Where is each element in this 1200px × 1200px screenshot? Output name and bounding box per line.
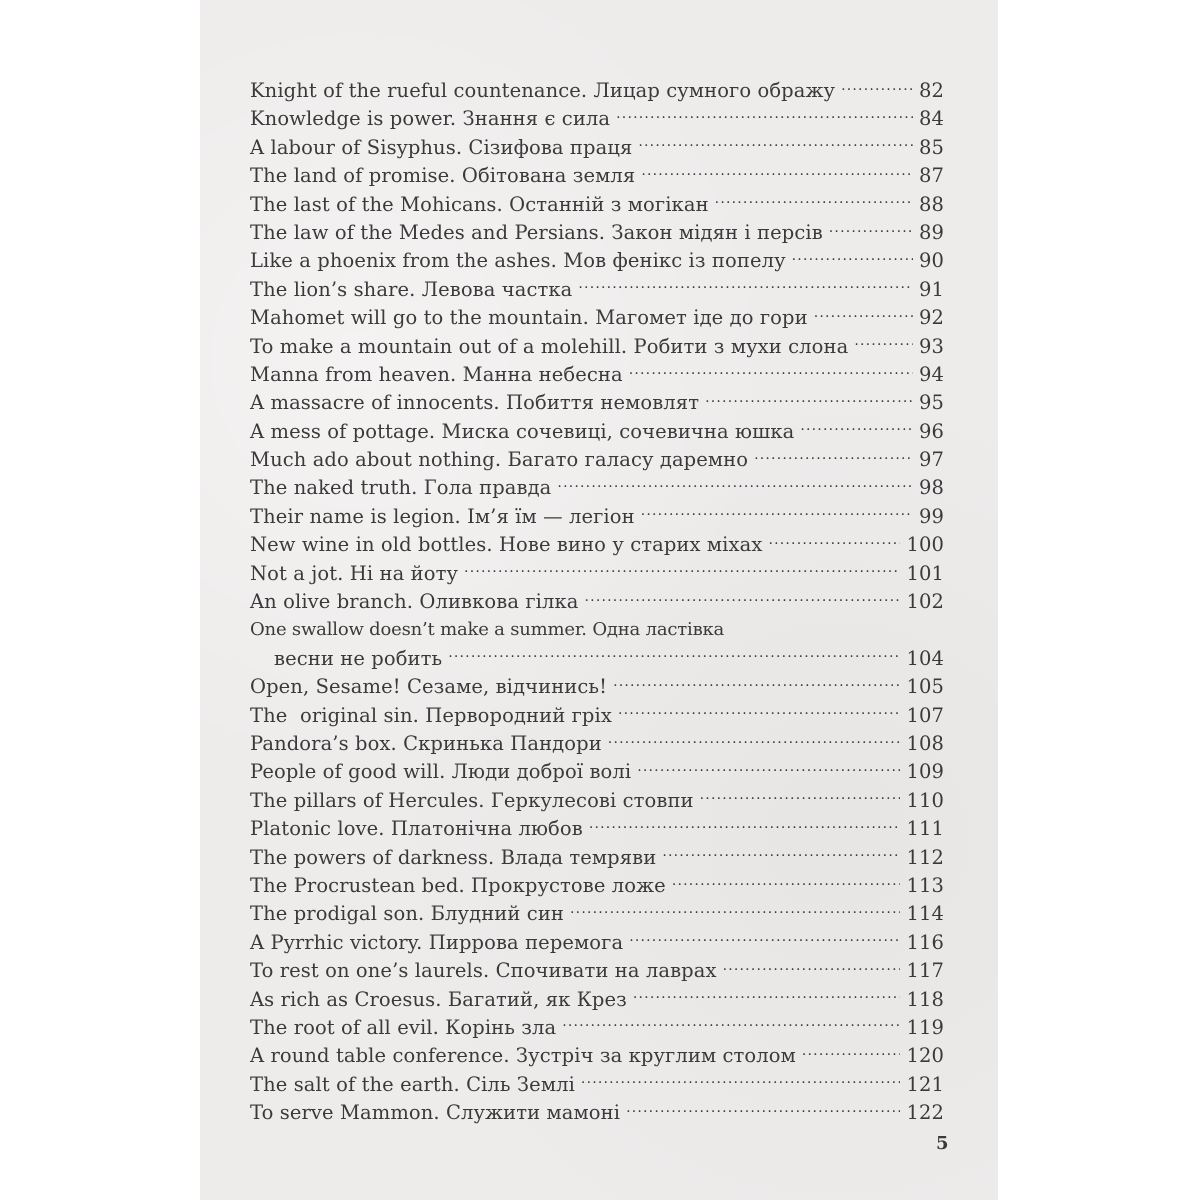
dot-leader [841, 78, 913, 98]
toc-entry-wrapped-title: One swallow doesn’t make a summer. Одна … [250, 616, 944, 644]
toc-entry-page: 117 [906, 957, 944, 985]
dot-leader [629, 361, 913, 381]
toc-entry-title: Much ado about nothing. Багато галасу да… [250, 446, 748, 474]
toc-entry: The powers of darkness. Влада темряви 11… [250, 844, 944, 872]
toc-entry-page: 110 [906, 787, 944, 815]
dot-leader [581, 1071, 901, 1091]
toc-entry: To serve Mammon. Служити мамоні 122 [250, 1099, 944, 1127]
dot-leader [618, 702, 901, 722]
toc-entry-title: A Pyrrhic victory. Пиррова перемога [250, 929, 623, 957]
dot-leader [629, 929, 900, 949]
toc-entry: As rich as Croesus. Багатий, як Крез 118 [250, 986, 944, 1014]
dot-leader [814, 305, 913, 325]
toc-entry-page: 94 [919, 361, 944, 389]
dot-leader [570, 901, 900, 921]
toc-entry-title: The original sin. Первородний гріх [250, 702, 612, 730]
toc-entry-page: 99 [919, 503, 944, 531]
toc-entry-title: Knight of the rueful countenance. Лицар … [250, 77, 835, 105]
toc-entry: The salt of the earth. Сіль Землі 121 [250, 1071, 944, 1099]
toc-entry-page: 111 [906, 815, 944, 843]
toc-entry: To make a mountain out of a molehill. Ро… [250, 333, 944, 361]
toc-entry-title: Their name is legion. Ім’я їм — легіон [250, 503, 635, 531]
dot-leader [578, 276, 913, 296]
toc-entry-title: Platonic love. Платонічна любов [250, 815, 583, 843]
page-number: 5 [936, 1133, 949, 1154]
dot-leader [768, 532, 900, 552]
toc-entry-page: 120 [906, 1042, 944, 1070]
toc-entry-title: The root of all evil. Корінь зла [250, 1014, 556, 1042]
toc-entry: The Procrustean bed. Прокрустове ложе 11… [250, 872, 944, 900]
dot-leader [792, 248, 913, 268]
toc-entry-title: The naked truth. Гола правда [250, 474, 551, 502]
dot-leader [585, 589, 901, 609]
toc-entry-page: 114 [906, 900, 944, 928]
toc-entry: A mess of pottage. Миска сочевиці, сочев… [250, 418, 944, 446]
toc-entry-title: The powers of darkness. Влада темряви [250, 844, 656, 872]
toc-entry: Pandora’s box. Скринька Пандори 108 [250, 730, 944, 758]
toc-entry-page: 98 [919, 474, 944, 502]
toc-entry: Platonic love. Платонічна любов 111 [250, 815, 944, 843]
toc-entry: The root of all evil. Корінь зла 119 [250, 1014, 944, 1042]
toc-entry-page: 100 [906, 531, 944, 559]
toc-entry-page: 89 [919, 219, 944, 247]
toc-entry-page: 102 [906, 588, 944, 616]
dot-leader [562, 1014, 900, 1034]
toc-entry-title: Like a phoenix from the ashes. Мов фенік… [250, 247, 786, 275]
toc-entry-page: 85 [919, 134, 944, 162]
toc-entry-page: 107 [906, 702, 944, 730]
dot-leader [557, 475, 913, 495]
toc-entry-title: Not a jot. Ні на йоту [250, 560, 458, 588]
toc-entry: The original sin. Первородний гріх 107 [250, 702, 944, 730]
dot-leader [662, 844, 900, 864]
dot-leader [633, 986, 901, 1006]
toc-entry: People of good will. Люди доброї волі 10… [250, 758, 944, 786]
toc-entry: The pillars of Hercules. Геркулесові сто… [250, 787, 944, 815]
toc-entry-title: Knowledge is power. Знання є сила [250, 105, 610, 133]
toc-entry-title: Pandora’s box. Скринька Пандори [250, 730, 602, 758]
dot-leader [638, 134, 913, 154]
toc-entry-page: 87 [919, 162, 944, 190]
toc-entry-title: A mess of pottage. Миска сочевиці, сочев… [250, 418, 794, 446]
toc-entry-title: The salt of the earth. Сіль Землі [250, 1071, 575, 1099]
toc-entry-title: A massacre of innocents. Побиття немовля… [250, 389, 699, 417]
toc-entry-page: 108 [906, 730, 944, 758]
toc-entry: The lion’s share. Левова частка 91 [250, 276, 944, 304]
toc-entry-title: To make a mountain out of a molehill. Ро… [250, 333, 848, 361]
toc-entry-page: 92 [919, 304, 944, 332]
toc-entry-title: To rest on one’s laurels. Спочивати на л… [250, 957, 717, 985]
toc-entry-page: 118 [906, 986, 944, 1014]
toc-entry: The law of the Medes and Persians. Закон… [250, 219, 944, 247]
dot-leader [715, 191, 913, 211]
toc-entry-page: 90 [919, 247, 944, 275]
toc-entry: Manna from heaven. Манна небесна 94 [250, 361, 944, 389]
toc-entry: The naked truth. Гола правда 98 [250, 474, 944, 502]
toc-entry-title: As rich as Croesus. Багатий, як Крез [250, 986, 627, 1014]
toc-entry: The land of promise. Обітована земля 87 [250, 162, 944, 190]
dot-leader [637, 759, 900, 779]
toc-entry: New wine in old bottles. Нове вино у ста… [250, 531, 944, 559]
toc-entry: Their name is legion. Ім’я їм — легіон 9… [250, 503, 944, 531]
toc-entry-title: Open, Sesame! Сезаме, відчинись! [250, 673, 607, 701]
toc-entry-page: 101 [906, 560, 944, 588]
toc-entry: A massacre of innocents. Побиття немовля… [250, 389, 944, 417]
toc-entry: A labour of Sisyphus. Сізифова праця 85 [250, 134, 944, 162]
toc-entry-title: The last of the Mohicans. Останній з мог… [250, 191, 709, 219]
dot-leader [854, 333, 913, 353]
toc-entry: An olive branch. Оливкова гілка 102 [250, 588, 944, 616]
toc-entry-page: 122 [906, 1099, 944, 1127]
toc-entry-page: 95 [919, 389, 944, 417]
toc-entry: Not a jot. Ні на йоту 101 [250, 560, 944, 588]
toc-entry-continuation: весни не робить [250, 645, 442, 673]
toc-entry-page: 121 [906, 1071, 944, 1099]
toc-entry-title: New wine in old bottles. Нове вино у ста… [250, 531, 762, 559]
toc-entry: Knowledge is power. Знання є сила 84 [250, 105, 944, 133]
toc-entry: весни не робить 104 [250, 645, 944, 673]
toc-entry-title: The Procrustean bed. Прокрустове ложе [250, 872, 666, 900]
dot-leader [641, 503, 913, 523]
toc-entry-page: 105 [906, 673, 944, 701]
toc-entry-title: The prodigal son. Блудний син [250, 900, 564, 928]
toc-entry: Like a phoenix from the ashes. Мов фенік… [250, 247, 944, 275]
toc-entry: Open, Sesame! Сезаме, відчинись! 105 [250, 673, 944, 701]
toc-entry-page: 112 [906, 844, 944, 872]
toc-entry-page: 93 [919, 333, 944, 361]
toc-entry-page: 119 [906, 1014, 944, 1042]
dot-leader [641, 163, 913, 183]
toc-entry: A Pyrrhic victory. Пиррова перемога 116 [250, 929, 944, 957]
table-of-contents: Knight of the rueful countenance. Лицар … [250, 77, 944, 1127]
toc-entry: To rest on one’s laurels. Спочивати на л… [250, 957, 944, 985]
dot-leader [589, 816, 901, 836]
dot-leader [829, 219, 913, 239]
dot-leader [464, 560, 900, 580]
toc-entry-title: The lion’s share. Левова частка [250, 276, 572, 304]
dot-leader [616, 106, 913, 126]
toc-entry-title: A round table conference. Зустріч за кру… [250, 1042, 796, 1070]
toc-entry-title: An olive branch. Оливкова гілка [250, 588, 579, 616]
toc-entry-page: 88 [919, 191, 944, 219]
dot-leader [800, 418, 913, 438]
toc-entry-title: Manna from heaven. Манна небесна [250, 361, 623, 389]
book-page: Knight of the rueful countenance. Лицар … [200, 0, 998, 1200]
toc-entry-title: The pillars of Hercules. Геркулесові сто… [250, 787, 694, 815]
toc-entry-title: Mahomet will go to the mountain. Магомет… [250, 304, 808, 332]
toc-entry-page: 91 [919, 276, 944, 304]
toc-entry-page: 82 [919, 77, 944, 105]
toc-entry: The prodigal son. Блудний син 114 [250, 900, 944, 928]
toc-entry-page: 116 [906, 929, 944, 957]
toc-entry-title: To serve Mammon. Служити мамоні [250, 1099, 620, 1127]
toc-entry-title: The law of the Medes and Persians. Закон… [250, 219, 823, 247]
dot-leader [608, 730, 901, 750]
dot-leader [754, 447, 913, 467]
dot-leader [705, 390, 913, 410]
toc-entry-page: 97 [919, 446, 944, 474]
toc-entry-page: 84 [919, 105, 944, 133]
toc-entry: The last of the Mohicans. Останній з мог… [250, 191, 944, 219]
toc-entry: Much ado about nothing. Багато галасу да… [250, 446, 944, 474]
dot-leader [723, 958, 901, 978]
toc-entry: Knight of the rueful countenance. Лицар … [250, 77, 944, 105]
dot-leader [613, 674, 900, 694]
toc-entry-page: 104 [906, 645, 944, 673]
toc-entry-page: 109 [906, 758, 944, 786]
toc-entry: Mahomet will go to the mountain. Магомет… [250, 304, 944, 332]
toc-entry-page: 113 [906, 872, 944, 900]
dot-leader [626, 1100, 900, 1120]
toc-entry: A round table conference. Зустріч за кру… [250, 1042, 944, 1070]
dot-leader [672, 872, 901, 892]
toc-entry-title: People of good will. Люди доброї волі [250, 758, 631, 786]
toc-entry-title: A labour of Sisyphus. Сізифова праця [250, 134, 632, 162]
dot-leader [448, 645, 900, 665]
toc-entry-page: 96 [919, 418, 944, 446]
dot-leader [802, 1043, 901, 1063]
toc-entry-title: The land of promise. Обітована земля [250, 162, 635, 190]
dot-leader [700, 787, 901, 807]
